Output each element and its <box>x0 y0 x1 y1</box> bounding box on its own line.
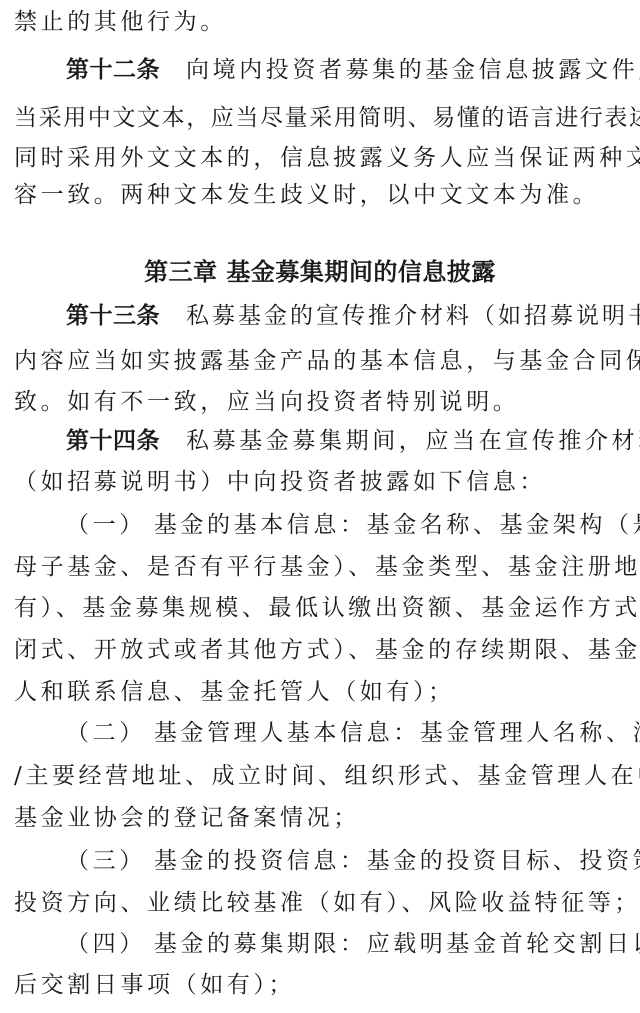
item-number: （二） <box>66 720 146 746</box>
item-number: （一） <box>66 512 146 538</box>
line-text: 私募基金的宣传推介材料（如招募说明书） <box>186 303 640 329</box>
chapter-heading: 第三章 基金募集期间的信息披露 <box>0 257 640 287</box>
paragraph-line: 投资方向、业绩比较基准（如有）、风险收益特征等； <box>14 888 632 918</box>
line-text: 基金管理人基本信息：基金管理人名称、注册地 <box>154 720 640 746</box>
paragraph-line: 后交割日事项（如有）； <box>14 970 632 1000</box>
article-number: 第十四条 <box>66 428 160 454</box>
line-text: 基金业协会的登记备案情况； <box>14 805 360 831</box>
paragraph-line: 容一致。两种文本发生歧义时，以中文文本为准。 <box>14 180 632 210</box>
paragraph-line: 有）、基金募集规模、最低认缴出资额、基金运作方式（封 <box>14 593 632 623</box>
line-text: 基金的募集期限：应载明基金首轮交割日以及最 <box>154 931 640 957</box>
line-text: 闭式、开放式或者其他方式）、基金的存续期限、基金联系 <box>14 637 640 663</box>
line-text: 容一致。两种文本发生歧义时，以中文文本为准。 <box>14 182 599 208</box>
article-number: 第十三条 <box>66 303 160 329</box>
line-text: 禁止的其他行为。 <box>14 9 227 35</box>
line-text: 投资方向、业绩比较基准（如有）、风险收益特征等； <box>14 890 640 916</box>
line-text: /主要经营地址、成立时间、组织形式、基金管理人在中国 <box>14 763 640 789</box>
paragraph-line: 同时采用外文文本的，信息披露义务人应当保证两种文本内 <box>14 143 632 173</box>
line-text: 基金的基本信息：基金名称、基金架构（是否为 <box>154 512 640 538</box>
line-text: 私募基金募集期间，应当在宣传推介材料 <box>186 428 640 454</box>
item-number: （四） <box>66 931 146 957</box>
line-text: 内容应当如实披露基金产品的基本信息，与基金合同保持一 <box>14 348 640 374</box>
item-number: （三） <box>66 848 146 874</box>
list-item-3-first-line: （三）基金的投资信息：基金的投资目标、投资策略、 <box>66 846 632 876</box>
article-14-first-line: 第十四条私募基金募集期间，应当在宣传推介材料 <box>66 426 632 456</box>
line-text: 基金的投资信息：基金的投资目标、投资策略、 <box>154 848 640 874</box>
article-number: 第十二条 <box>66 57 160 83</box>
line-text: 致。如有不一致，应当向投资者特别说明。 <box>14 389 519 415</box>
line-text: 向境内投资者募集的基金信息披露文件应 <box>186 57 640 83</box>
paragraph-line: 基金业协会的登记备案情况； <box>14 803 632 833</box>
line-text: 母子基金、是否有平行基金）、基金类型、基金注册地（如 <box>14 554 640 580</box>
line-text: 同时采用外文文本的，信息披露义务人应当保证两种文本内 <box>14 145 640 171</box>
list-item-1-first-line: （一）基金的基本信息：基金名称、基金架构（是否为 <box>66 510 632 540</box>
paragraph-line: 母子基金、是否有平行基金）、基金类型、基金注册地（如 <box>14 552 632 582</box>
article-12-first-line: 第十二条向境内投资者募集的基金信息披露文件应 <box>66 55 632 85</box>
paragraph-line: （如招募说明书）中向投资者披露如下信息： <box>14 467 632 497</box>
line-text: 后交割日事项（如有）； <box>14 972 295 998</box>
line-text: 人和联系信息、基金托管人（如有）； <box>14 679 455 705</box>
article-13-first-line: 第十三条私募基金的宣传推介材料（如招募说明书） <box>66 301 632 331</box>
paragraph-line: 人和联系信息、基金托管人（如有）； <box>14 677 632 707</box>
paragraph-line: 禁止的其他行为。 <box>14 7 632 37</box>
paragraph-line: 致。如有不一致，应当向投资者特别说明。 <box>14 387 632 417</box>
paragraph-line: 闭式、开放式或者其他方式）、基金的存续期限、基金联系 <box>14 635 632 665</box>
line-text: 有）、基金募集规模、最低认缴出资额、基金运作方式（封 <box>14 595 640 621</box>
paragraph-line: 内容应当如实披露基金产品的基本信息，与基金合同保持一 <box>14 346 632 376</box>
list-item-4-first-line: （四）基金的募集期限：应载明基金首轮交割日以及最 <box>66 929 632 959</box>
line-text: （如招募说明书）中向投资者披露如下信息： <box>14 469 546 495</box>
paragraph-line: 当采用中文文本，应当尽量采用简明、易懂的语言进行表述。 <box>14 103 632 133</box>
list-item-2-first-line: （二）基金管理人基本信息：基金管理人名称、注册地 <box>66 718 632 748</box>
line-text: 当采用中文文本，应当尽量采用简明、易懂的语言进行表述。 <box>14 105 640 131</box>
paragraph-line: /主要经营地址、成立时间、组织形式、基金管理人在中国 <box>14 761 632 791</box>
